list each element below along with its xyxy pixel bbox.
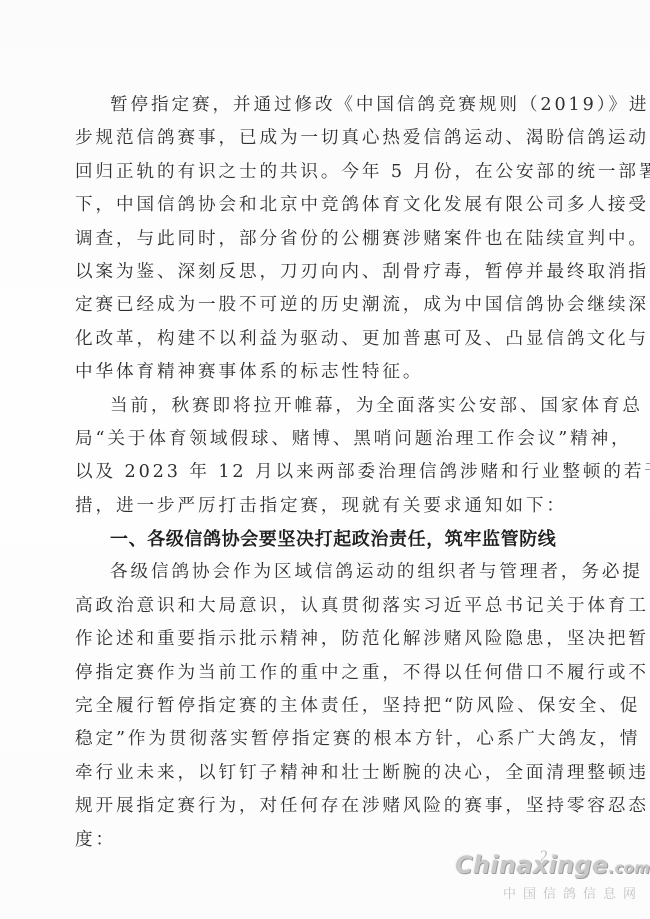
watermark-subtitle: 中国信鸽信息网 bbox=[455, 883, 645, 902]
text-line: 措，进一步严厉打击指定赛，现就有关要求通知如下： bbox=[75, 490, 569, 523]
site-watermark: Chinaxinge.com 中国信鸽信息网 bbox=[455, 852, 645, 902]
text-line: 稳定”作为贯彻落实暂停指定赛的根本方针，心系广大鸽友，情 bbox=[75, 723, 569, 756]
text-line: 定赛已经成为一股不可逆的历史潮流，成为中国信鸽协会继续深 bbox=[75, 289, 569, 322]
text-line: 步规范信鸽赛事，已成为一切真心热爱信鸽运动、渴盼信鸽运动 bbox=[75, 122, 569, 155]
section-heading: 一、各级信鸽协会要坚决打起政治责任，筑牢监管防线 bbox=[75, 523, 569, 556]
text-line: 下，中国信鸽协会和北京中竞鸽体育文化发展有限公司多人接受 bbox=[75, 189, 569, 222]
text-line: 中华体育精神赛事体系的标志性特征。 bbox=[75, 356, 569, 389]
document-body: 暂停指定赛，并通过修改《中国信鸽竞赛规则（2019）》进一 步规范信鸽赛事，已成… bbox=[75, 89, 569, 857]
text-line: 高政治意识和大局意识，认真贯彻落实习近平总书记关于体育工 bbox=[75, 590, 569, 623]
document-page: 暂停指定赛，并通过修改《中国信鸽竞赛规则（2019）》进一 步规范信鸽赛事，已成… bbox=[0, 0, 650, 919]
text-line: 局“关于体育领域假球、赌博、黑哨问题治理工作会议”精神， bbox=[75, 423, 569, 456]
text-line: 以案为鉴、深刻反思，刀刃向内、刮骨疗毒，暂停并最终取消指 bbox=[75, 256, 569, 289]
text-line: 规开展指定赛行为，对任何存在涉赌风险的赛事，坚持零容忍态 bbox=[75, 790, 569, 823]
watermark-brand: Chinaxinge.com bbox=[455, 852, 645, 881]
text-line: 调查，与此同时，部分省份的公棚赛涉赌案件也在陆续宣判中。 bbox=[75, 223, 569, 256]
text-line: 作论述和重要指示批示精神，防范化解涉赌风险隐患，坚决把暂 bbox=[75, 623, 569, 656]
text-line: 化改革，构建不以利益为驱动、更加普惠可及、凸显信鸽文化与 bbox=[75, 323, 569, 356]
text-line: 停指定赛作为当前工作的重中之重，不得以任何借口不履行或不 bbox=[75, 657, 569, 690]
watermark-brand-suffix: .com bbox=[608, 859, 650, 877]
text-line: 暂停指定赛，并通过修改《中国信鸽竞赛规则（2019）》进一 bbox=[75, 89, 569, 122]
text-line: 牵行业未来，以钉钉子精神和壮士断腕的决心，全面清理整顿违 bbox=[75, 757, 569, 790]
text-line: 当前，秋赛即将拉开帷幕，为全面落实公安部、国家体育总 bbox=[75, 390, 569, 423]
text-line: 完全履行暂停指定赛的主体责任，坚持把“防风险、保安全、促 bbox=[75, 690, 569, 723]
watermark-brand-main: Chinaxinge bbox=[455, 851, 608, 879]
text-line: 各级信鸽协会作为区域信鸽运动的组织者与管理者，务必提 bbox=[75, 556, 569, 589]
text-line: 以及 2023 年 12 月以来两部委治理信鸽涉赌和行业整顿的若干举 bbox=[75, 456, 569, 489]
text-line: 回归正轨的有识之士的共识。今年 5 月份，在公安部的统一部署 bbox=[75, 156, 569, 189]
